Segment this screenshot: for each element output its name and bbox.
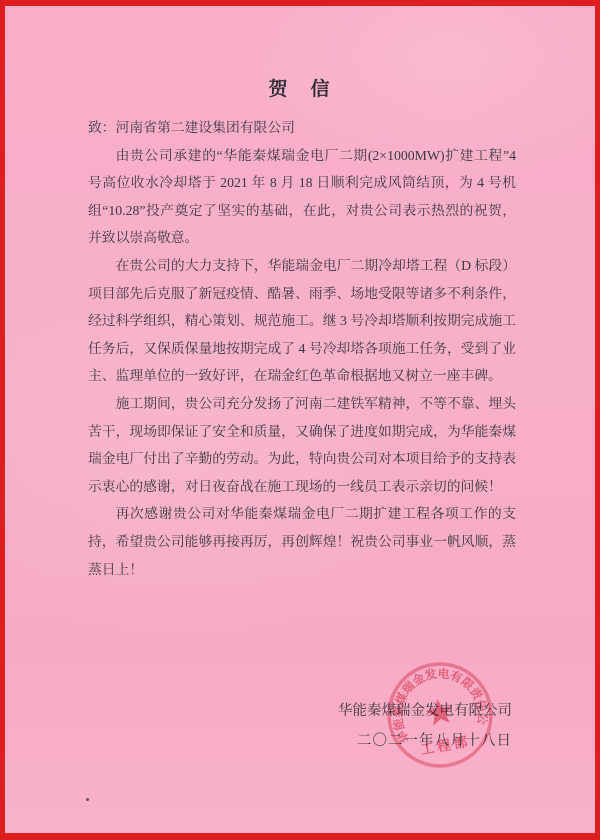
seal-department-text: 工程部 <box>419 733 471 758</box>
body-paragraph-2: 在贵公司的大力支持下，华能瑞金电厂二期冷却塔工程（D 标段）项目部先后克服了新冠… <box>88 252 516 390</box>
body-paragraph-3: 施工期间，贵公司充分发扬了河南二建铁军精神，不等不靠、埋头苦干，现场即保证了安全… <box>88 390 516 500</box>
svg-text:华能秦煤瑞金发电有限责任公司: 华能秦煤瑞金发电有限责任公司 <box>377 652 492 748</box>
dust-speck <box>86 798 89 801</box>
seal-star-icon <box>424 697 455 727</box>
body-paragraph-4: 再次感谢贵公司对华能秦煤瑞金电厂二期扩建工程各项工作的支持，希望贵公司能够再接再… <box>88 500 516 583</box>
scanned-letter-page: 贺 信 致：河南省第二建设集团有限公司 由贵公司承建的“华能秦煤瑞金电厂二期(2… <box>0 0 600 840</box>
pink-letter-paper: 贺 信 致：河南省第二建设集团有限公司 由贵公司承建的“华能秦煤瑞金电厂二期(2… <box>5 6 595 833</box>
letter-body: 致：河南省第二建设集团有限公司 由贵公司承建的“华能秦煤瑞金电厂二期(2×100… <box>88 114 516 583</box>
body-paragraph-1: 由贵公司承建的“华能秦煤瑞金电厂二期(2×1000MW)扩建工程”4 号高位收水… <box>88 142 516 252</box>
recipient-line: 致：河南省第二建设集团有限公司 <box>88 114 516 142</box>
company-seal-stamp: 华能秦煤瑞金发电有限责任公司 工程部 <box>377 652 502 777</box>
seal-graphic: 华能秦煤瑞金发电有限责任公司 工程部 <box>377 652 502 777</box>
letter-title: 贺 信 <box>5 74 595 101</box>
seal-ring-text: 华能秦煤瑞金发电有限责任公司 <box>377 652 492 748</box>
